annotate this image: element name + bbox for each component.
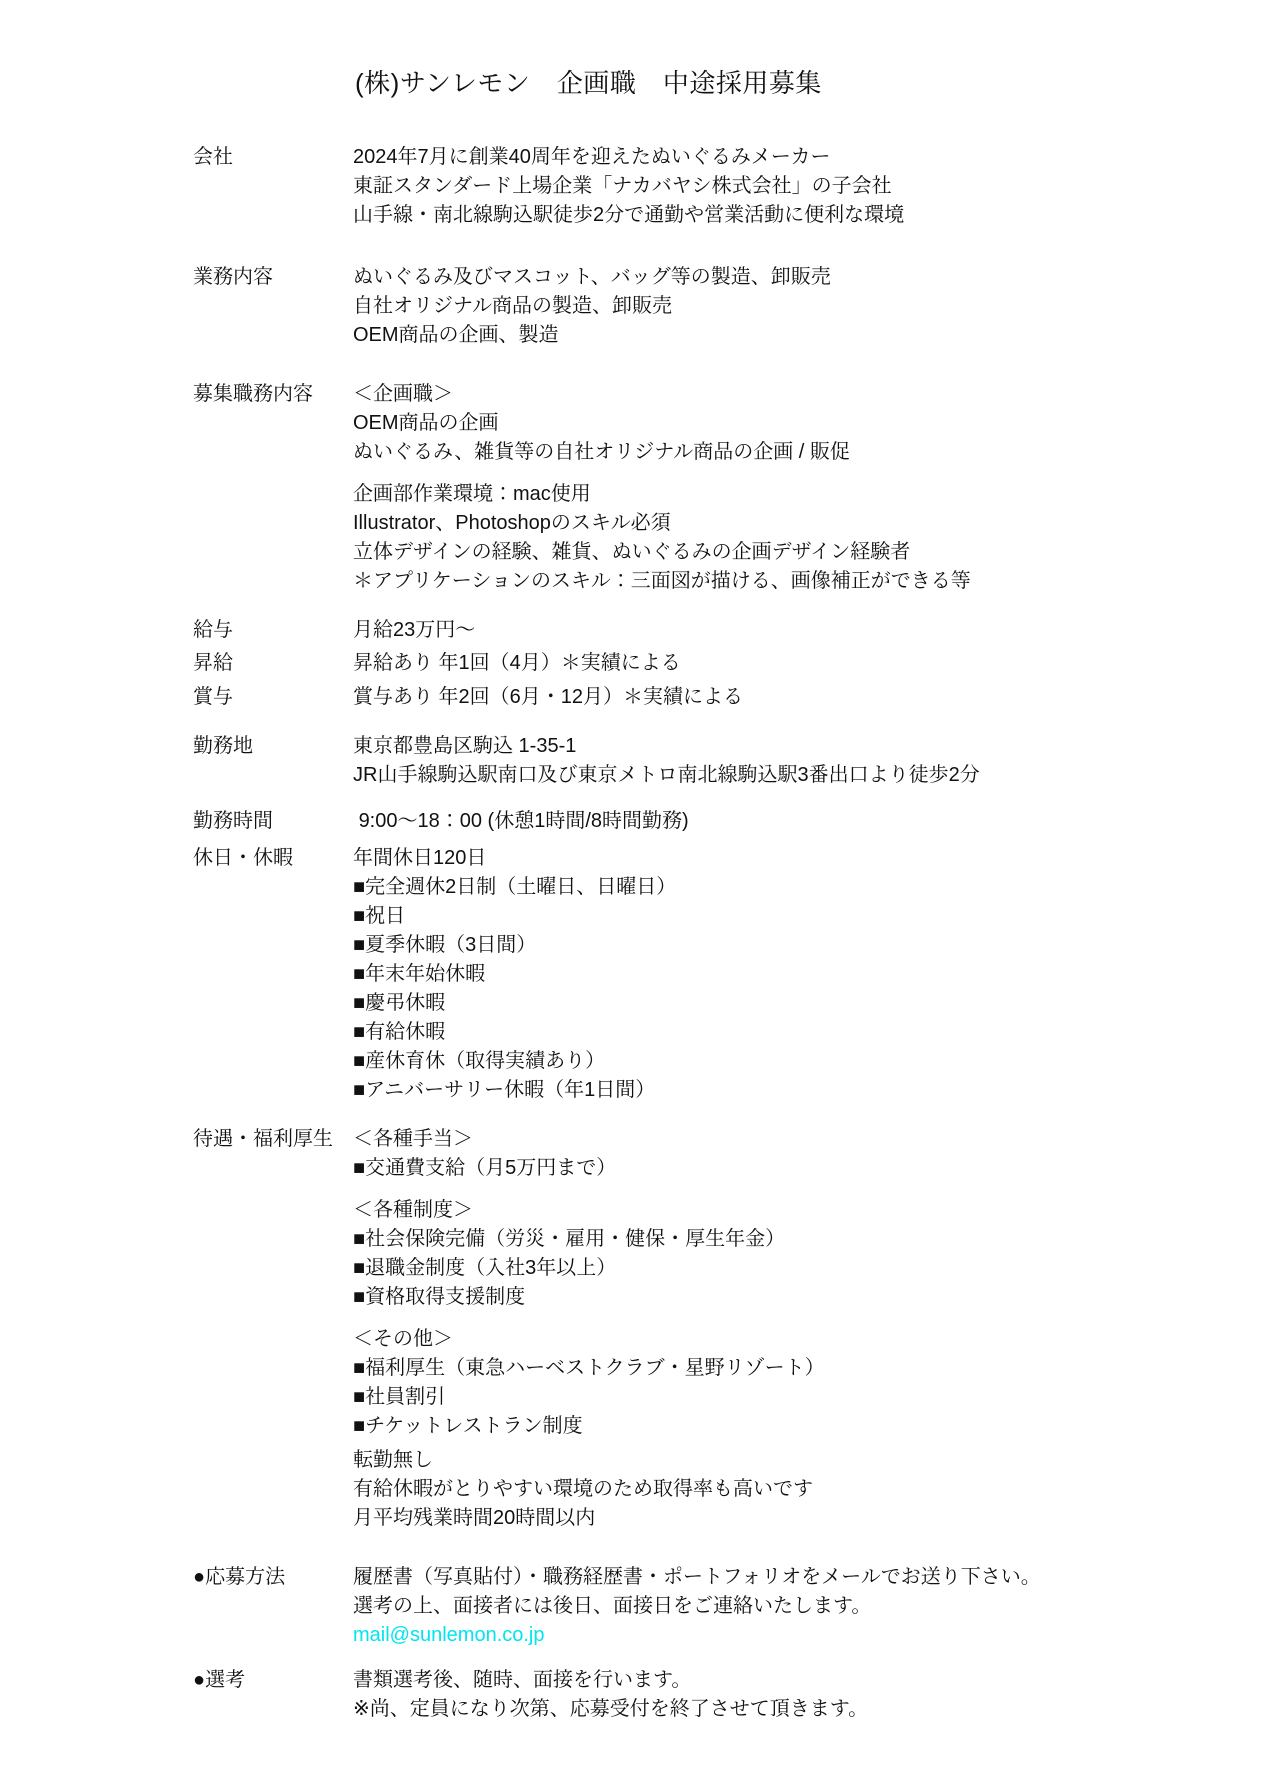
content-line: ■チケットレストラン制度	[353, 1412, 1236, 1441]
section-content: ぬいぐるみ及びマスコット、バッグ等の製造、卸販売自社オリジナル商品の製造、卸販売…	[353, 263, 1236, 350]
content-line: ＜各種手当＞	[353, 1125, 1236, 1154]
section-label: ●応募方法	[193, 1563, 353, 1592]
content-line: 立体デザインの経験、雑貨、ぬいぐるみの企画デザイン経験者	[353, 538, 1236, 567]
content-line: 年間休日120日	[353, 844, 1236, 873]
content-line: 昇給あり 年1回（4月）＊実績による	[353, 649, 1236, 678]
content-line: 転勤無し	[353, 1446, 1236, 1475]
content-line: ぬいぐるみ及びマスコット、バッグ等の製造、卸販売	[353, 263, 1236, 292]
content-line: ■祝日	[353, 902, 1236, 931]
section-label: 休日・休暇	[193, 844, 353, 873]
spacer	[353, 1183, 1236, 1196]
section-label: 賞与	[193, 683, 353, 712]
section-content: 9:00～18：00 (休憩1時間/8時間勤務)	[353, 807, 1236, 836]
content-line: 山手線・南北線駒込駅徒歩2分で通勤や営業活動に便利な環境	[353, 201, 1236, 230]
section-content: 月給23万円～	[353, 616, 1236, 645]
content-line: 企画部作業環境：mac使用	[353, 480, 1236, 509]
content-line: 有給休暇がとりやすい環境のため取得率も高いです	[353, 1475, 1236, 1504]
section-row: ●選考書類選考後、随時、面接を行います。※尚、定員になり次第、応募受付を終了させ…	[0, 1666, 1276, 1724]
content-line: 月平均残業時間20時間以内	[353, 1504, 1236, 1533]
job-posting-body: 会社2024年7月に創業40周年を迎えたぬいぐるみメーカー東証スタンダード上場企…	[0, 143, 1276, 1724]
email-link[interactable]: mail@sunlemon.co.jp	[353, 1621, 1236, 1650]
section-content: 年間休日120日■完全週休2日制（土曜日、日曜日）■祝日■夏季休暇（3日間）■年…	[353, 844, 1236, 1105]
content-line: 月給23万円～	[353, 616, 1236, 645]
content-line: 自社オリジナル商品の製造、卸販売	[353, 292, 1236, 321]
section-content: 賞与あり 年2回（6月・12月）＊実績による	[353, 683, 1236, 712]
content-line: ■慶弔休暇	[353, 989, 1236, 1018]
content-line: 選考の上、面接者には後日、面接日をご連絡いたします。	[353, 1592, 1236, 1621]
content-line: ■社員割引	[353, 1383, 1236, 1412]
section-content: ＜各種手当＞■交通費支給（月5万円まで）＜各種制度＞■社会保険完備（労災・雇用・…	[353, 1125, 1236, 1533]
section-row: 会社2024年7月に創業40周年を迎えたぬいぐるみメーカー東証スタンダード上場企…	[0, 143, 1276, 230]
section-content: ＜企画職＞OEM商品の企画ぬいぐるみ、雑貨等の自社オリジナル商品の企画 / 販促…	[353, 380, 1236, 596]
content-line: 履歴書（写真貼付）・職務経歴書・ポートフォリオをメールでお送り下さい。	[353, 1563, 1236, 1592]
section-row: 給与月給23万円～	[0, 616, 1276, 645]
section-label: 給与	[193, 616, 353, 645]
section-row: 勤務地東京都豊島区駒込 1-35-1JR山手線駒込駅南口及び東京メトロ南北線駒込…	[0, 732, 1276, 790]
content-line: ■有給休暇	[353, 1018, 1236, 1047]
content-line: 東証スタンダード上場企業「ナカバヤシ株式会社」の子会社	[353, 172, 1236, 201]
content-line: 9:00～18：00 (休憩1時間/8時間勤務)	[353, 807, 1236, 836]
content-line: ■アニバーサリー休暇（年1日間）	[353, 1076, 1236, 1105]
section-row: ●応募方法履歴書（写真貼付）・職務経歴書・ポートフォリオをメールでお送り下さい。…	[0, 1563, 1276, 1650]
section-content: 書類選考後、随時、面接を行います。※尚、定員になり次第、応募受付を終了させて頂き…	[353, 1666, 1236, 1724]
section-label: 昇給	[193, 649, 353, 678]
section-label: 待遇・福利厚生	[193, 1125, 353, 1154]
content-line: ※尚、定員になり次第、応募受付を終了させて頂きます。	[353, 1695, 1236, 1724]
section-row: 待遇・福利厚生＜各種手当＞■交通費支給（月5万円まで）＜各種制度＞■社会保険完備…	[0, 1125, 1276, 1533]
section-row: 勤務時間 9:00～18：00 (休憩1時間/8時間勤務)	[0, 807, 1276, 836]
section-content: 履歴書（写真貼付）・職務経歴書・ポートフォリオをメールでお送り下さい。選考の上、…	[353, 1563, 1236, 1650]
content-line: ＜その他＞	[353, 1325, 1236, 1354]
section-label: 勤務地	[193, 732, 353, 761]
spacer	[353, 1312, 1236, 1325]
content-line: 東京都豊島区駒込 1-35-1	[353, 732, 1236, 761]
content-line: ■退職金制度（入社3年以上）	[353, 1254, 1236, 1283]
content-line: ■完全週休2日制（土曜日、日曜日）	[353, 873, 1236, 902]
content-line: Illustrator、Photoshopのスキル必須	[353, 509, 1236, 538]
content-line: OEM商品の企画、製造	[353, 321, 1236, 350]
section-row: 業務内容ぬいぐるみ及びマスコット、バッグ等の製造、卸販売自社オリジナル商品の製造…	[0, 263, 1276, 350]
content-line: ■交通費支給（月5万円まで）	[353, 1154, 1236, 1183]
section-label: 会社	[193, 143, 353, 172]
section-row: 賞与賞与あり 年2回（6月・12月）＊実績による	[0, 683, 1276, 712]
document-page: (株)サンレモン 企画職 中途採用募集 会社2024年7月に創業40周年を迎えた…	[0, 0, 1276, 1789]
content-line: ＊アプリケーションのスキル：三面図が描ける、画像補正ができる等	[353, 567, 1236, 596]
spacer	[353, 467, 1236, 480]
section-label: ●選考	[193, 1666, 353, 1695]
content-line: 書類選考後、随時、面接を行います。	[353, 1666, 1236, 1695]
section-row: 募集職務内容＜企画職＞OEM商品の企画ぬいぐるみ、雑貨等の自社オリジナル商品の企…	[0, 380, 1276, 596]
content-line: OEM商品の企画	[353, 409, 1236, 438]
page-title: (株)サンレモン 企画職 中途採用募集	[355, 68, 1276, 98]
content-line: 2024年7月に創業40周年を迎えたぬいぐるみメーカー	[353, 143, 1236, 172]
content-line: ＜企画職＞	[353, 380, 1236, 409]
content-line: ■福利厚生（東急ハーベストクラブ・星野リゾート）	[353, 1354, 1236, 1383]
content-line: 賞与あり 年2回（6月・12月）＊実績による	[353, 683, 1236, 712]
content-line: ■年末年始休暇	[353, 960, 1236, 989]
content-line: ■社会保険完備（労災・雇用・健保・厚生年金）	[353, 1225, 1236, 1254]
content-line: ■資格取得支援制度	[353, 1283, 1236, 1312]
content-line: ■産休育休（取得実績あり）	[353, 1047, 1236, 1076]
section-content: 昇給あり 年1回（4月）＊実績による	[353, 649, 1236, 678]
section-content: 2024年7月に創業40周年を迎えたぬいぐるみメーカー東証スタンダード上場企業「…	[353, 143, 1236, 230]
section-label: 募集職務内容	[193, 380, 353, 409]
content-line: JR山手線駒込駅南口及び東京メトロ南北線駒込駅3番出口より徒歩2分	[353, 761, 1236, 790]
section-label: 勤務時間	[193, 807, 353, 836]
content-line: ■夏季休暇（3日間）	[353, 931, 1236, 960]
content-line: ぬいぐるみ、雑貨等の自社オリジナル商品の企画 / 販促	[353, 438, 1236, 467]
section-row: 昇給昇給あり 年1回（4月）＊実績による	[0, 649, 1276, 678]
section-content: 東京都豊島区駒込 1-35-1JR山手線駒込駅南口及び東京メトロ南北線駒込駅3番…	[353, 732, 1236, 790]
section-row: 休日・休暇年間休日120日■完全週休2日制（土曜日、日曜日）■祝日■夏季休暇（3…	[0, 844, 1276, 1105]
section-label: 業務内容	[193, 263, 353, 292]
content-line: ＜各種制度＞	[353, 1196, 1236, 1225]
